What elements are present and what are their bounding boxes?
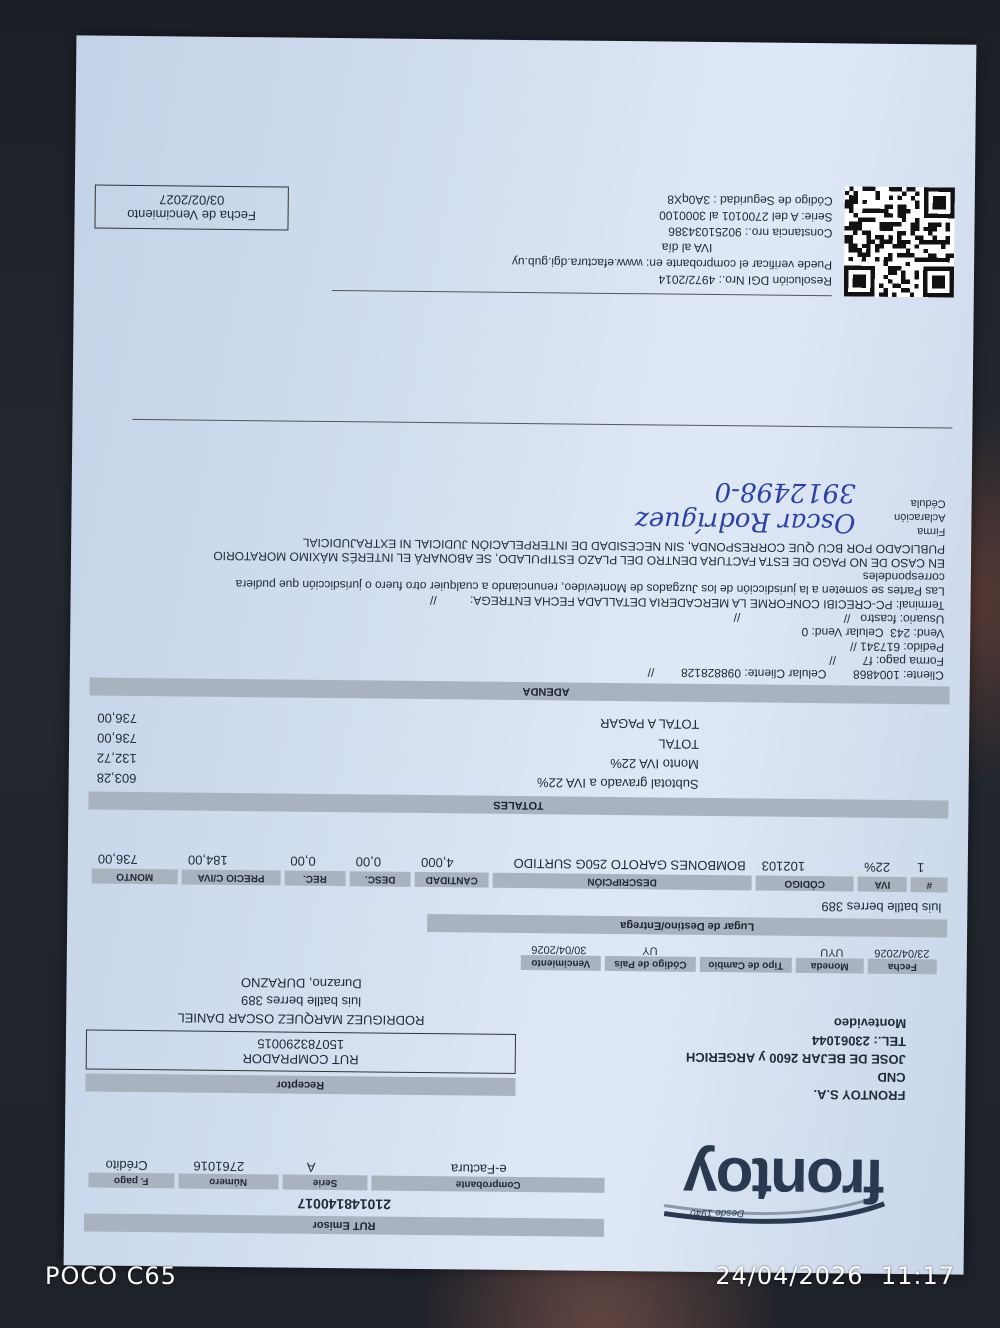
cedula-label: Cédula [876, 496, 946, 511]
numero-value: 2761016 [168, 1158, 269, 1174]
destino-block: Lugar de Destino/Entrega luis batlle ber… [427, 895, 947, 937]
items-header-cell: MONTO [92, 869, 178, 885]
items-header-cell: DESCRIPCIÓN [493, 873, 752, 891]
codigo-pais-value: UY [601, 944, 699, 957]
aclaracion-label: Aclaración [875, 510, 945, 525]
firma-labels: Firma Aclaración Cédula [875, 496, 951, 539]
items-table: #IVACÓDIGODESCRIPCIÓNCANTIDADDESC.REC.PR… [88, 849, 948, 892]
camera-device-watermark: POCO C65 [45, 1262, 177, 1290]
table-cell: BOMBONES GAROTO 250G SURTIDO [493, 854, 752, 876]
comprobante-header: Comprobante [372, 1175, 605, 1192]
items-header-cell: CÓDIGO [755, 875, 854, 891]
serie-header: Serie [282, 1175, 368, 1191]
items-header-cell: CANTIDAD [415, 872, 489, 888]
table-cell: 0,00 [284, 852, 346, 872]
items-header-cell: REC. [284, 871, 346, 887]
invoice-footer: Resolución DGI Nro.: 4972/2014 Puede ver… [94, 179, 955, 298]
adenda-label: ADENDA [90, 677, 950, 704]
tipo-cambio-value [699, 951, 797, 952]
rut-comprador-box: RUT COMPRADOR 150783290015 [86, 1029, 516, 1073]
destino-label: Lugar de Destino/Entrega [427, 914, 947, 937]
items-header-cell: IVA [858, 877, 907, 893]
firma-block: Firma Aclaración Cédula Oscar Rodríguez … [91, 470, 952, 539]
emisor-info: FRONTOY S.A. CND JOSE DE BEJAR 2600 y AR… [515, 1010, 946, 1105]
table-cell: 736,00 [92, 850, 178, 870]
vencimiento-box: Fecha de Vencimiento 03/02/2027 [94, 185, 288, 231]
logo-text: frontoy [685, 1143, 885, 1216]
table-cell: 0,00 [350, 852, 412, 872]
codigo-pais-header: Código de País [605, 956, 696, 972]
items-header-cell: PRECIO C/IVA [182, 869, 281, 885]
table-cell: 102103 [756, 856, 855, 876]
table-cell: 22% [858, 858, 907, 878]
camera-datetime-watermark: 24/04/2026 11:17 [715, 1262, 955, 1290]
totales-row-value: 736,00 [89, 707, 257, 729]
vencimiento-value: 30/04/2026 [517, 943, 601, 956]
emisor-block: RUT Emisor 210148140017 Comprobante Seri… [84, 1157, 605, 1240]
firma-handwriting: Oscar Rodríguez 3912498-0 [635, 475, 856, 537]
fpago-header: F. pago [88, 1173, 174, 1189]
dgi-info: Resolución DGI Nro.: 4972/2014 Puede ver… [288, 188, 833, 297]
receptor-label: Receptor [85, 1073, 515, 1095]
destino-value: luis batlle berres 389 [427, 895, 947, 915]
rut-emisor: 210148140017 [84, 1193, 604, 1214]
parties: FRONTOY S.A. CND JOSE DE BEJAR 2600 y AR… [85, 965, 946, 1104]
table-cell: 184,00 [182, 850, 281, 870]
handwritten-name: Oscar Rodríguez [635, 505, 856, 537]
handwritten-id: 3912498-0 [635, 475, 856, 507]
table-cell: 1 [911, 858, 948, 877]
totales-block: TOTALES Subtotal gravado a IVA 22%603,28… [88, 707, 949, 818]
totales-row-value: 132,72 [89, 747, 257, 769]
footer-divider [332, 290, 832, 296]
vencimiento-box-label: Fecha de Vencimiento [102, 207, 282, 224]
totales-row-value: 736,00 [89, 727, 257, 749]
fecha-header: Fecha [868, 959, 937, 975]
invoice-paper: Desde 1940 frontoy RUT Emisor 2101481400… [64, 35, 977, 1274]
adenda-block: ADENDA Cliente: 1004868 Celular Cliente:… [90, 534, 952, 705]
adenda-lines: Cliente: 1004868 Celular Cliente: 098828… [90, 534, 951, 683]
moneda-value: UYU [797, 946, 867, 959]
rut-emisor-label: RUT Emisor [84, 1213, 604, 1236]
divider-line [132, 419, 952, 429]
fechas-table: Fecha Moneda Tipo de Cambio Código de Pa… [517, 943, 947, 975]
qr-code-icon [844, 186, 955, 297]
receptor-details: RODRIGUEZ MARQUEZ OSCAR DANIEL luis batl… [86, 971, 516, 1029]
fecha-value: 23/04/2026 [867, 947, 937, 960]
totales-label: TOTALES [88, 791, 948, 818]
fpago-value: Crédito [85, 1157, 169, 1173]
items-header-cell: # [911, 877, 948, 892]
comprobante-value: e-Factura [353, 1160, 605, 1178]
receptor-info: Receptor RUT COMPRADOR 150783290015 RODR… [85, 971, 516, 1099]
totales-row-value: 603,28 [89, 767, 257, 789]
items-header-cell: DESC. [349, 871, 411, 887]
moneda-header: Moneda [795, 958, 864, 974]
invoice-header: Desde 1940 frontoy RUT Emisor 2101481400… [84, 1095, 946, 1254]
table-cell: 4,000 [415, 853, 489, 873]
frontoy-logo: Desde 1940 frontoy [654, 1131, 895, 1234]
serie-value: A [269, 1159, 353, 1175]
vencimiento-header: Vencimiento [521, 955, 601, 971]
firma-label: Firma [875, 524, 945, 539]
tipo-cambio-header: Tipo de Cambio [700, 957, 791, 973]
numero-header: Número [178, 1173, 278, 1189]
totales-rows: Subtotal gravado a IVA 22%603,28Monto IV… [89, 707, 950, 796]
